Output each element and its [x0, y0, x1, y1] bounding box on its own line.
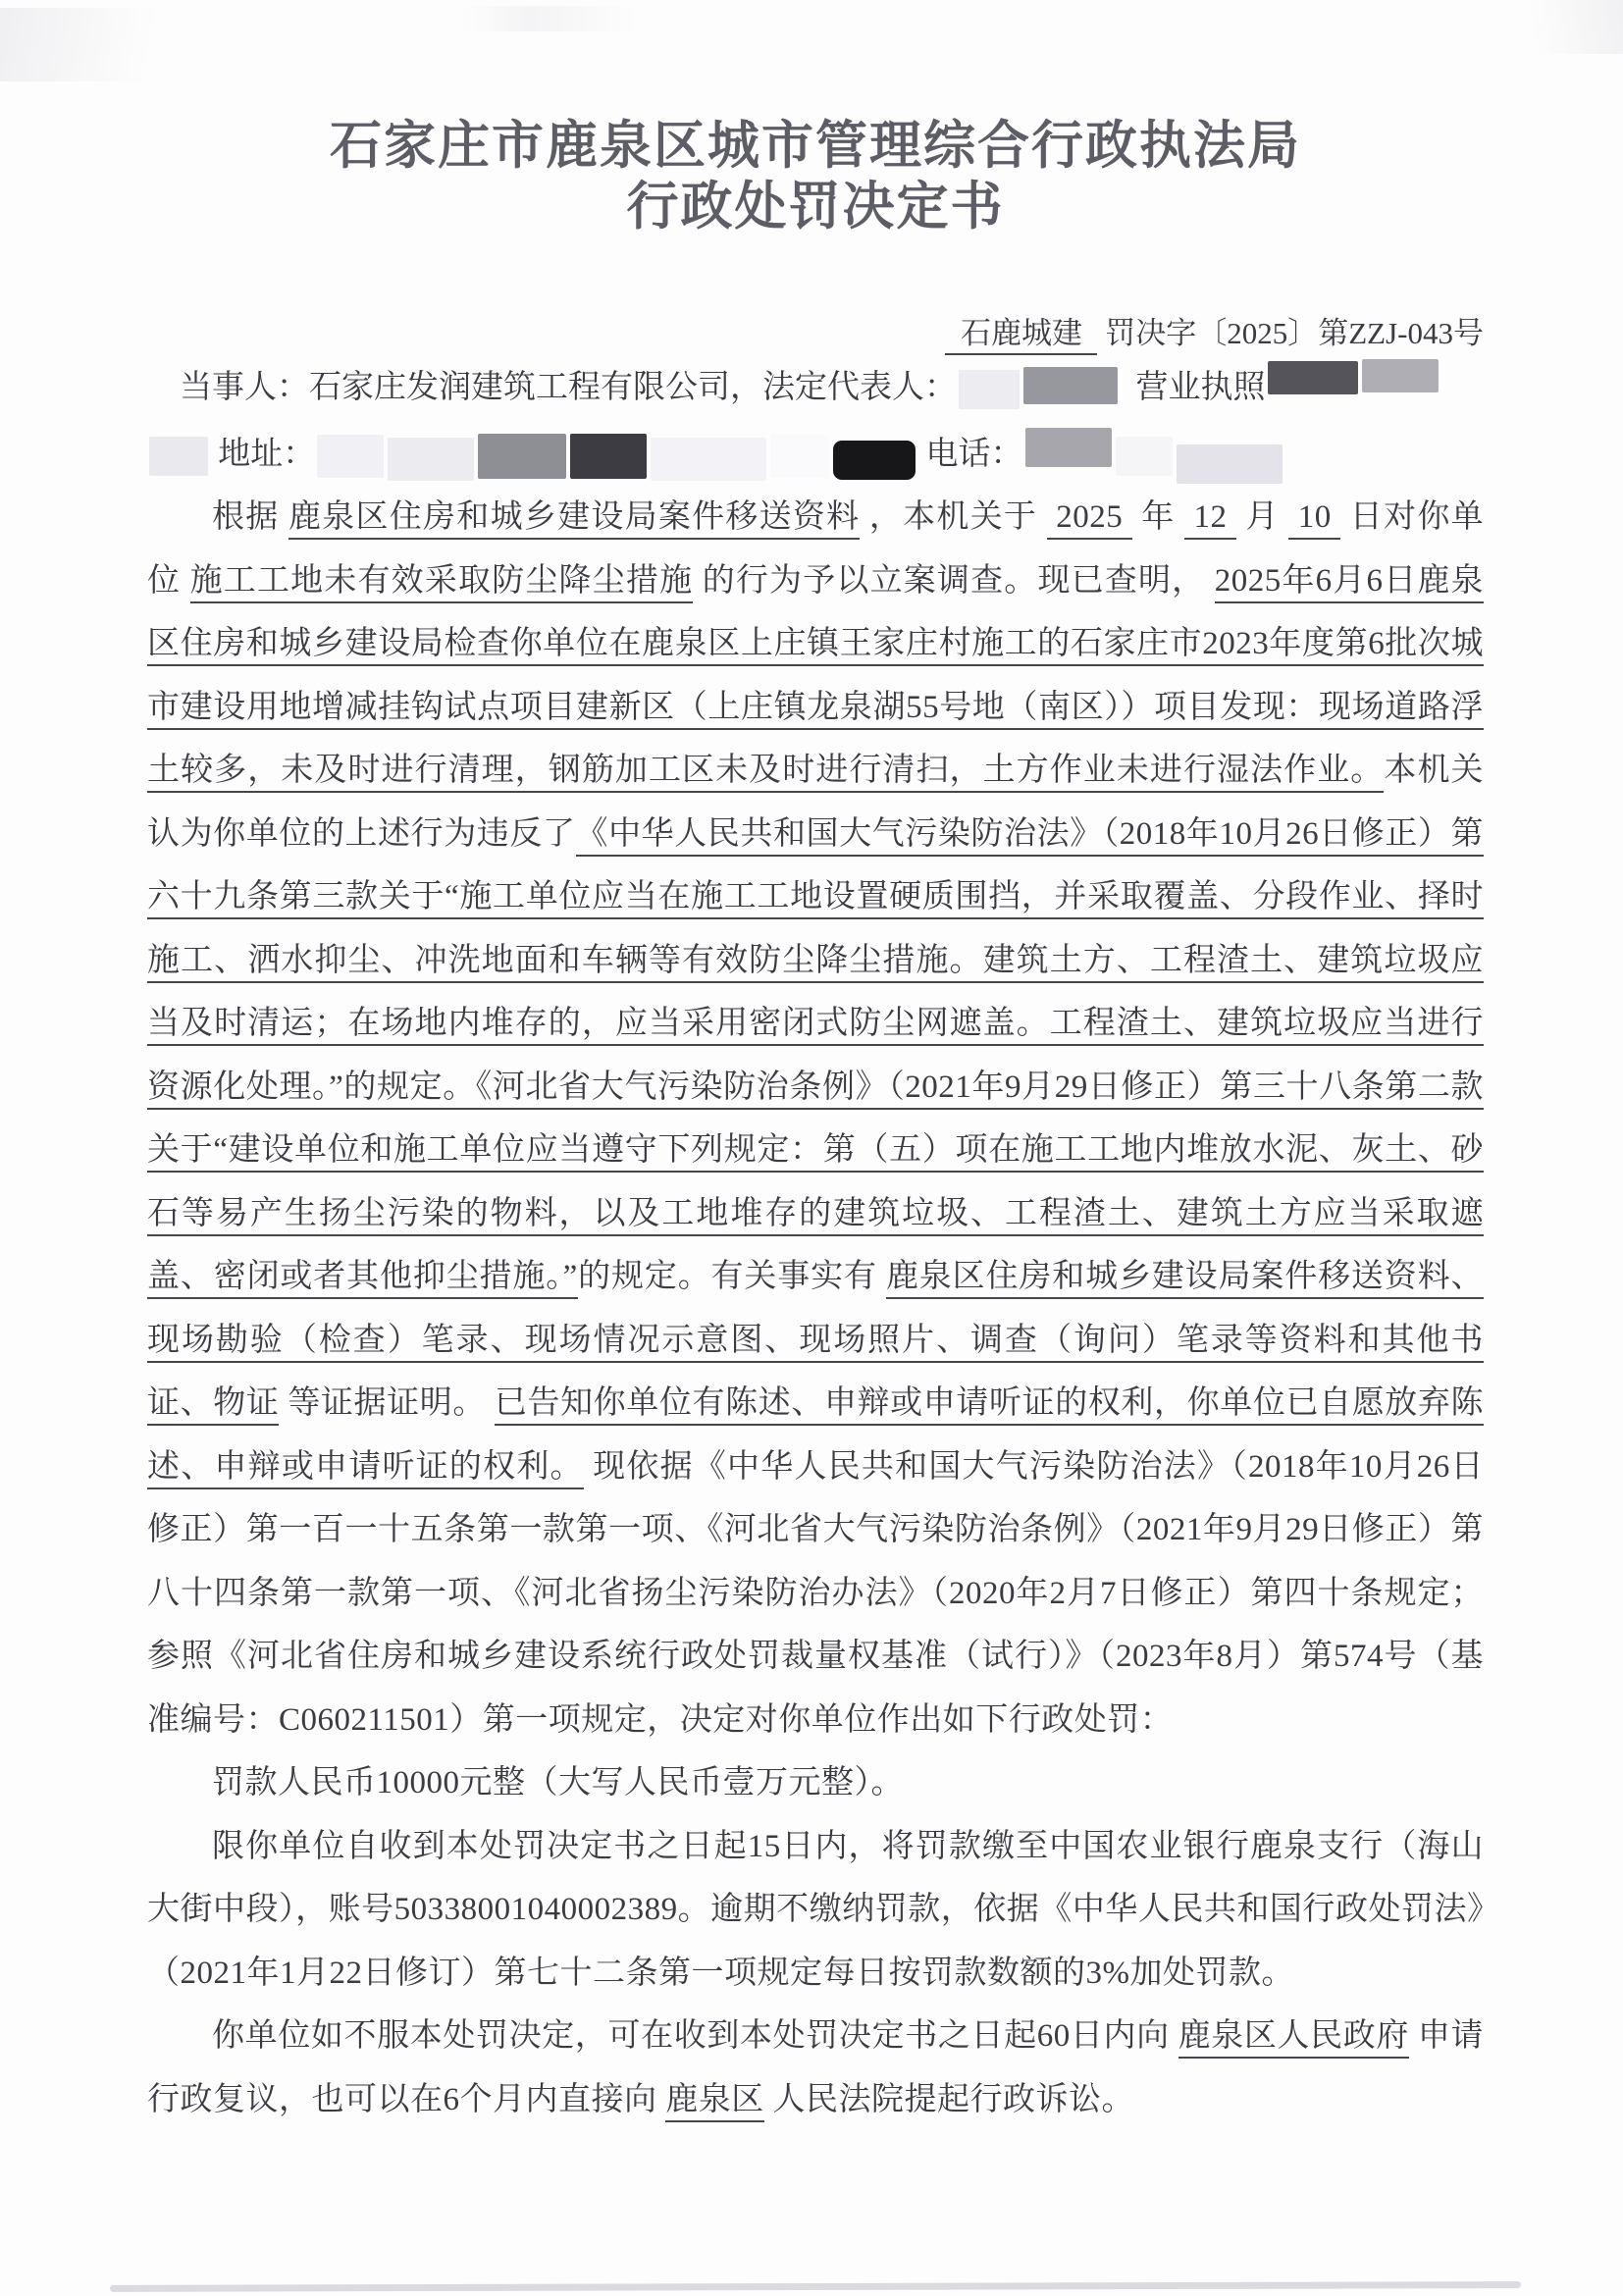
text-segment: 现依据《中华人民共和国大气污染防治法》（2018年10月26日修正）第一百一十五…	[147, 1449, 1484, 1738]
redaction-block	[388, 438, 474, 481]
paragraph-fine-amount: 罚款人民币10000元整（大写人民币壹万元整）。	[147, 1751, 1484, 1815]
text-segment: 年	[1132, 499, 1184, 535]
underlined-text: 《中华人民共和国大气污染防治法》（2018年10月26日修正）第六十九条第三款关…	[147, 816, 1484, 1300]
text-segment: 电话：	[917, 437, 1022, 472]
text-segment: 你单位如不服本处罚决定，可在收到本处罚决定书之日起60日内向	[212, 2018, 1178, 2054]
document-number: 石鹿城建 罚决字〔2025〕第ZZJ-043号	[147, 308, 1484, 352]
paragraph-appeal-rights: 你单位如不服本处罚决定，可在收到本处罚决定书之日起60日内向 鹿泉区人民政府 申…	[147, 2005, 1484, 2131]
document-title-line2: 行政处罚决定书	[147, 177, 1484, 237]
party-line: 当事人：石家庄发润建筑工程有限公司，法定代表人： 营业执照	[147, 356, 1484, 419]
scanned-penalty-decision-page: 石家庄市鹿泉区城市管理综合行政执法局 行政处罚决定书 石鹿城建 罚决字〔2025…	[0, 0, 1623, 2296]
redaction-block	[570, 434, 647, 479]
text-segment: 根据	[212, 499, 288, 535]
paragraph-payment-instructions: 限你单位自收到本处罚决定书之日起15日内，将罚款缴至中国农业银行鹿泉支行（海山大…	[147, 1815, 1484, 2006]
scan-artifact	[110, 2281, 1521, 2292]
redaction-block	[1023, 367, 1118, 404]
text-segment: 的规定。有关事实有	[578, 1259, 886, 1294]
text-segment: 罚款人民币10000元整（大写人民币壹万元整）。	[212, 1765, 904, 1800]
paragraph-facts-and-basis: 根据 鹿泉区住房和城乡建设局案件移送资料 ，本机关于 2025 年 12 月 1…	[147, 486, 1484, 1751]
redaction-block	[1362, 359, 1439, 392]
scan-artifact	[0, 8, 231, 81]
text-segment: 等证据证明。	[279, 1385, 494, 1421]
redaction-block	[317, 435, 384, 478]
underlined-text: 10	[1288, 499, 1340, 540]
address-phone-line: 地址： 电话：	[147, 423, 1484, 486]
text-segment: 罚决字〔2025〕第ZZJ-043号	[1097, 316, 1484, 350]
document-title-line1: 石家庄市鹿泉区城市管理综合行政执法局	[147, 116, 1484, 177]
text-segment: 地址：	[210, 437, 315, 472]
text-segment: 当事人：石家庄发润建筑工程有限公司，法定代表人：	[147, 370, 957, 405]
underlined-text: 鹿泉区人民政	[1178, 2018, 1377, 2059]
redaction-block	[149, 437, 208, 476]
scan-artifact	[1495, 0, 1623, 54]
underlined-text: 鹿泉区住房和城乡建设局案件移送资料	[288, 499, 860, 540]
underlined-text: 12	[1184, 499, 1236, 540]
text-segment: 人民法院提起行政诉讼。	[764, 2082, 1134, 2117]
underlined-text: 施工工地未有效采取防尘降尘措施	[190, 563, 694, 603]
redaction-block	[959, 370, 1020, 409]
redaction-block	[770, 435, 829, 478]
redaction-block	[1116, 437, 1173, 476]
underlined-text: 鹿泉区	[665, 2082, 764, 2122]
underlined-text: 2025	[1047, 499, 1132, 540]
redaction-block	[478, 434, 566, 479]
redaction-block	[833, 441, 916, 480]
text-segment: 营业执照	[1120, 370, 1266, 405]
scan-artifact	[461, 6, 638, 31]
text-segment: 限你单位自收到本处罚决定书之日起15日内，将罚款缴至中国农业银行鹿泉支行（海山大…	[147, 1829, 1484, 1991]
redaction-block	[1025, 428, 1112, 467]
text-segment: 的行为予以立案调查。现已查明，	[693, 563, 1215, 599]
redaction-block	[1268, 361, 1358, 394]
underlined-text: 府	[1376, 2018, 1409, 2059]
underlined-text: 石鹿城建	[945, 316, 1097, 355]
text-segment: 月	[1236, 499, 1288, 535]
redaction-block	[651, 438, 766, 481]
document-content: 石家庄市鹿泉区城市管理综合行政执法局 行政处罚决定书 石鹿城建 罚决字〔2025…	[147, 116, 1484, 2131]
redaction-block	[1177, 444, 1283, 484]
text-segment: ，本机关于	[860, 499, 1046, 535]
